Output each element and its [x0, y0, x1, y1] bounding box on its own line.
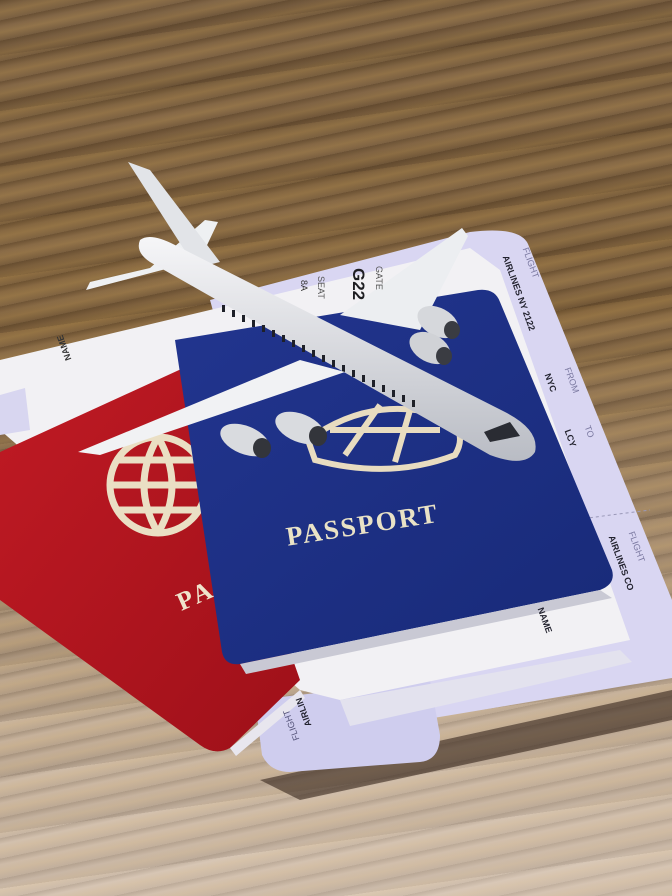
seat-label: SEAT: [316, 276, 326, 299]
seat-value: 8A: [299, 280, 309, 291]
gate-label: GATE: [374, 266, 384, 290]
scene-illustration: [0, 0, 672, 896]
gate-value: G22: [348, 268, 368, 300]
